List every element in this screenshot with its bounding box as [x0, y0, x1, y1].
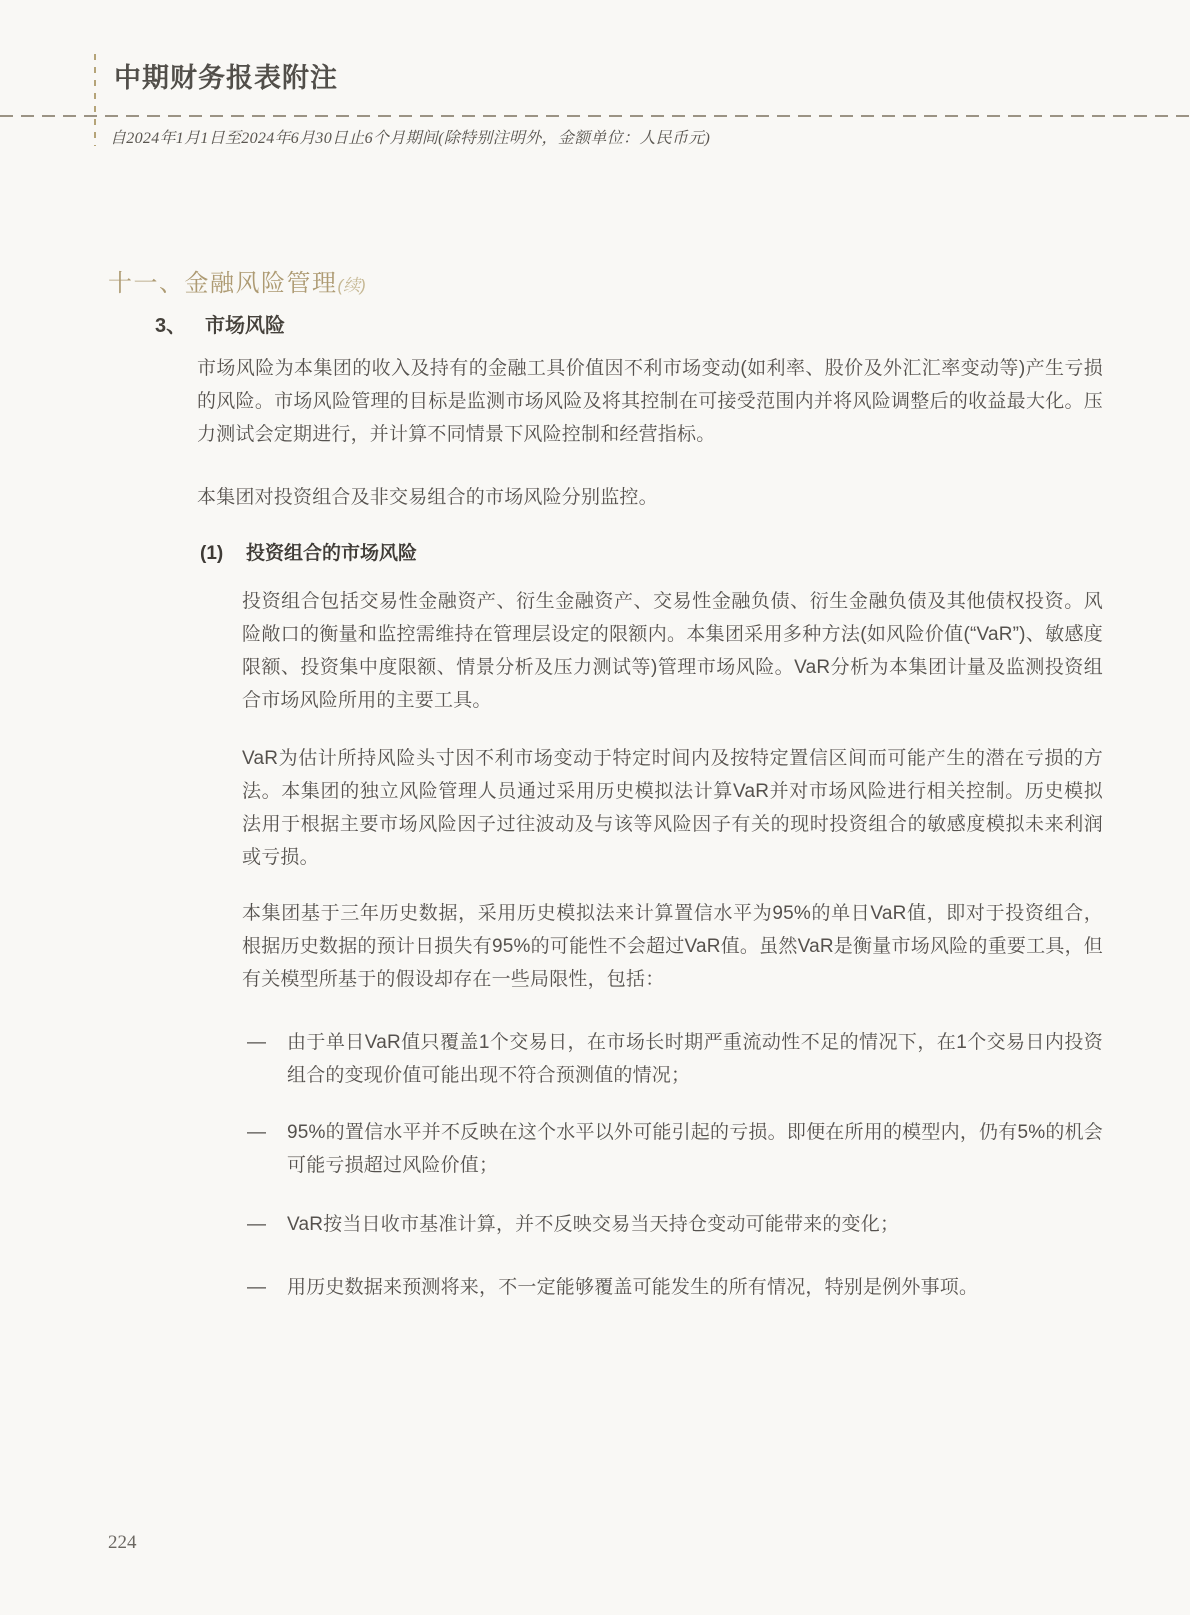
subsection-heading: 3、市场风险	[155, 309, 285, 338]
section-heading-text: 十一、金融风险管理	[108, 270, 338, 297]
section-heading: 十一、金融风险管理(续)	[108, 263, 366, 298]
bullet-item: — 用历史数据来预测将来，不一定能够覆盖可能发生的所有情况，特别是例外事项。	[247, 1271, 1103, 1304]
bullet-text: VaR按当日收市基准计算，并不反映交易当天持仓变动可能带来的变化；	[287, 1208, 1103, 1241]
item-title: 投资组合的市场风险	[246, 543, 417, 564]
paragraph-market-risk-definition: 市场风险为本集团的收入及持有的金融工具价值因不利市场变动(如利率、股价及外汇汇率…	[197, 352, 1103, 451]
item-heading-portfolio-market-risk: (1)投资组合的市场风险	[200, 538, 417, 565]
document-page: 中期财务报表附注 自2024年1月1日至2024年6月30日止6个月期间(除特别…	[0, 0, 1190, 1615]
header-dashed-rule	[0, 115, 1190, 117]
dash-bullet-marker: —	[247, 1208, 287, 1241]
paragraph-var-method: VaR为估计所持风险头寸因不利市场变动于特定时间内及按特定置信区间而可能产生的潜…	[242, 742, 1103, 874]
page-number: 224	[108, 1532, 137, 1554]
paragraph-monitoring: 本集团对投资组合及非交易组合的市场风险分别监控。	[197, 481, 1103, 514]
section-heading-suffix: (续)	[338, 276, 366, 295]
paragraph-var-confidence: 本集团基于三年历史数据，采用历史模拟法来计算置信水平为95%的单日VaR值，即对…	[242, 897, 1103, 996]
bullet-item: — 由于单日VaR值只覆盖1个交易日，在市场长时期严重流动性不足的情况下，在1个…	[247, 1026, 1103, 1092]
subsection-number: 3、	[155, 309, 205, 338]
paragraph-portfolio-scope: 投资组合包括交易性金融资产、衍生金融资产、交易性金融负债、衍生金融负债及其他债权…	[242, 585, 1103, 717]
dash-bullet-marker: —	[247, 1026, 287, 1092]
dash-bullet-marker: —	[247, 1116, 287, 1182]
item-number: (1)	[200, 543, 246, 565]
bullet-text: 95%的置信水平并不反映在这个水平以外可能引起的亏损。即便在所用的模型内，仍有5…	[287, 1116, 1103, 1182]
bullet-item: — VaR按当日收市基准计算，并不反映交易当天持仓变动可能带来的变化；	[247, 1208, 1103, 1241]
subsection-title: 市场风险	[205, 315, 285, 337]
report-period-subtitle: 自2024年1月1日至2024年6月30日止6个月期间(除特别注明外，金额单位：…	[110, 125, 1010, 148]
left-dashed-accent	[94, 54, 96, 146]
bullet-item: — 95%的置信水平并不反映在这个水平以外可能引起的亏损。即便在所用的模型内，仍…	[247, 1116, 1103, 1182]
bullet-text: 由于单日VaR值只覆盖1个交易日，在市场长时期严重流动性不足的情况下，在1个交易…	[287, 1026, 1103, 1092]
bullet-text: 用历史数据来预测将来，不一定能够覆盖可能发生的所有情况，特别是例外事项。	[287, 1271, 1103, 1304]
page-title: 中期财务报表附注	[114, 56, 338, 95]
dash-bullet-marker: —	[247, 1271, 287, 1304]
